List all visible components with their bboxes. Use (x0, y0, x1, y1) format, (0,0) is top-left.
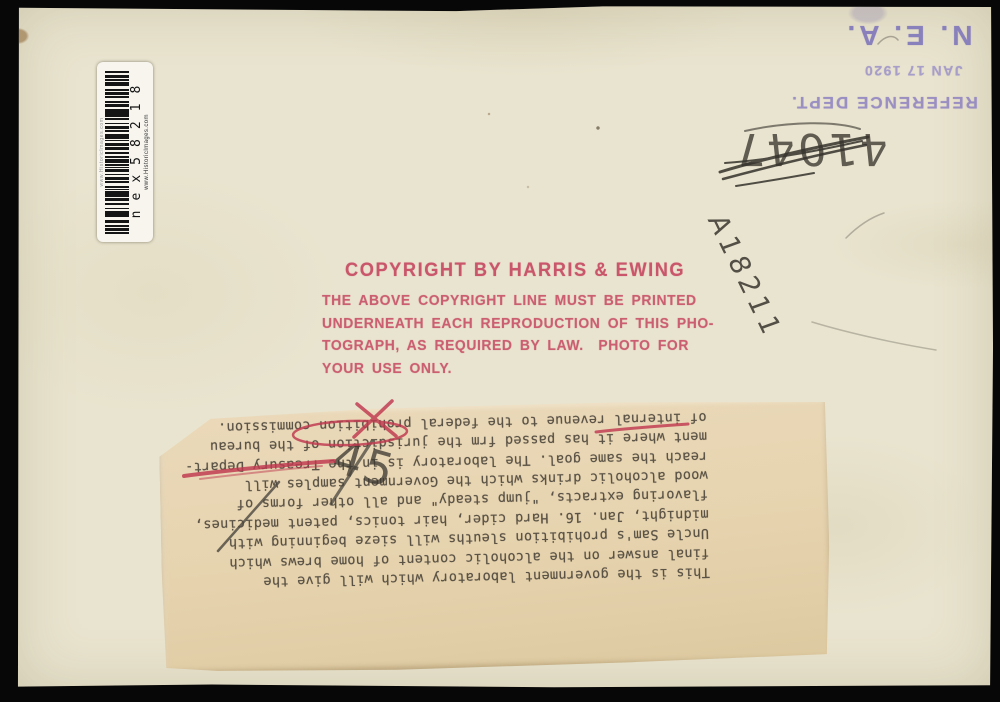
photo-back-paper: www.HistoricImages.com nex58218 www.Hist… (16, 5, 994, 690)
barcode-sticker: www.HistoricImages.com nex58218 www.Hist… (97, 62, 153, 242)
scan-background: www.HistoricImages.com nex58218 www.Hist… (0, 0, 1000, 702)
copyright-stamp-line: THE ABOVE COPYRIGHT LINE MUST BE PRINTED (322, 290, 714, 313)
copyright-stamp-line: TOGRAPH, AS REQUIRED BY LAW. PHOTO FOR (322, 335, 714, 358)
crossed-out-number: 41047 (733, 117, 892, 179)
sticker-micro-text: www.HistoricImages.com (99, 68, 105, 236)
caption-slip: This is the government laboratory which … (158, 398, 831, 676)
copyright-stamp-line: UNDERNEATH EACH REPRODUCTION OF THIS PHO… (322, 313, 714, 336)
barcode-icon (105, 70, 129, 234)
copyright-stamp-title: COPYRIGHT BY HARRIS & EWING (345, 259, 714, 283)
barcode-code: nex58218 (129, 68, 144, 236)
barcode-url: www.HistoricImages.com (144, 68, 151, 236)
nea-stamp: N. E. A. (834, 19, 982, 51)
copyright-stamp-line: YOUR USE ONLY. (322, 358, 714, 381)
reference-dept-stamp: REFERENCE DEPT. (788, 92, 980, 112)
copyright-stamp: COPYRIGHT BY HARRIS & EWING THE ABOVE CO… (322, 259, 714, 380)
date-stamp: JAN 17 1920 (854, 63, 972, 79)
typed-caption: This is the government laboratory which … (178, 407, 710, 593)
